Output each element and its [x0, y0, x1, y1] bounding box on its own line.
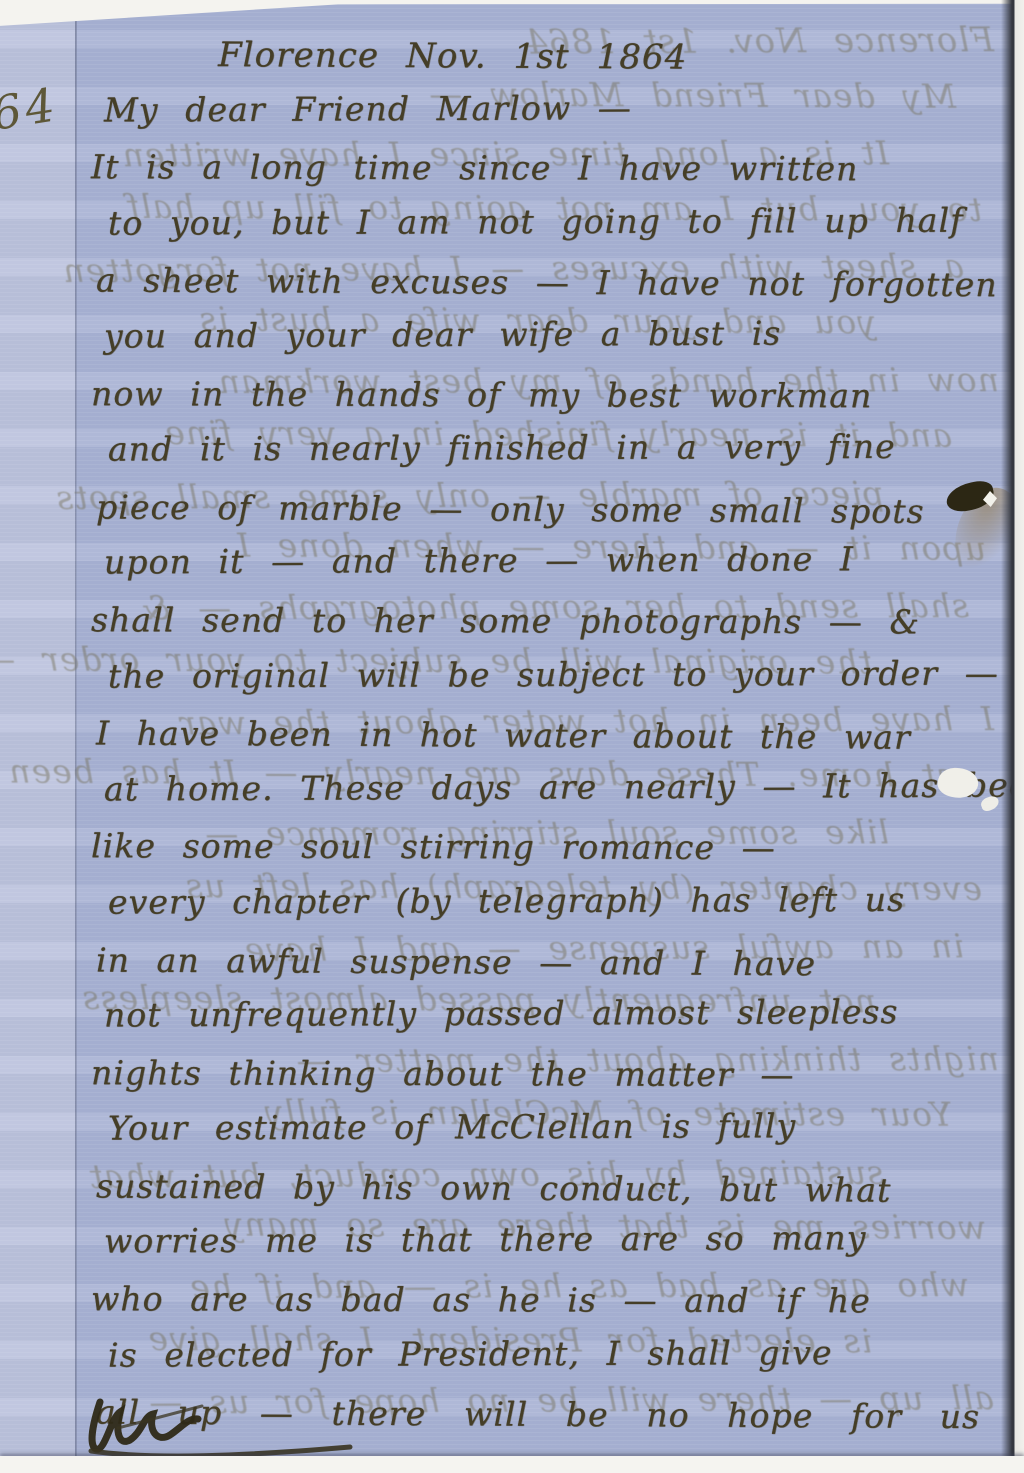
letter-line: upon it — and there — when done I [8, 531, 1024, 592]
letter-line: the original will be subject to your ord… [12, 645, 1024, 705]
margin-year-note: 64 [0, 77, 62, 141]
ink-flourish [84, 1388, 364, 1466]
letter-line: and it is nearly finished in a very fine [12, 419, 1024, 479]
letter-line: who are as bad as he is — and if he [0, 1271, 1019, 1330]
scan-edge-top [0, 0, 1024, 27]
letter-line: Your estimate of McClellan is fully [12, 1098, 1024, 1158]
letter-line: not unfrequently passed almost sleepless [8, 984, 1024, 1045]
letter-body: Florence Nov. 1st 1864 My dear Friend Ma… [0, 26, 1024, 1441]
letter-salutation: My dear Friend Marlow — [8, 78, 1024, 139]
letter-line: now in the hands of my best workman [0, 366, 1019, 425]
letter-scan: Florence Nov. 1st 1864 My dear Friend Ma… [0, 0, 1024, 1473]
page-fold-line [75, 0, 77, 1473]
letter-line: is elected for President, I shall give [12, 1324, 1024, 1384]
letter-line: at home. These days are nearly — It has … [8, 757, 1024, 818]
letter-line: nights thinking about the matter — [0, 1045, 1019, 1104]
letter-line: worries me is that there are so many [8, 1210, 1024, 1271]
letter-line: you and your dear wife a bust is [8, 304, 1024, 365]
letter-line: It is a long time since I have written [0, 139, 1019, 198]
letter-line: shall send to her some photographs — & [0, 592, 1019, 651]
letter-line: every chapter (by telegraph) has left us [12, 871, 1024, 931]
letter-line: to you, but I am not going to fill up ha… [12, 192, 1024, 252]
letter-line: like some soul stirring romance — [0, 818, 1019, 877]
